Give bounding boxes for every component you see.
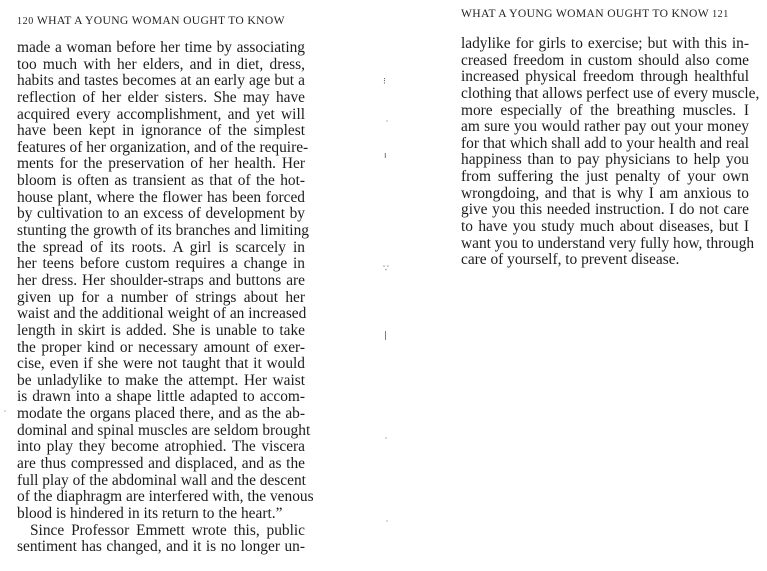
text-line: to have you study much about diseases, b… [461, 219, 749, 236]
running-head-title-right: WHAT A YOUNG WOMAN OUGHT TO KNOW [461, 7, 709, 20]
text-line: of the diaphragm are interfered with, th… [17, 489, 305, 506]
text-line: are thus compressed and displaced, and a… [17, 456, 305, 473]
gutter-mark: ı [384, 152, 387, 161]
running-head-left: 120 WHAT A YOUNG WOMAN OUGHT TO KNOW [17, 14, 285, 27]
text-line: for that which shall add to your health … [461, 136, 749, 153]
gutter-mark: ∵ [383, 265, 389, 274]
paper-speck [4, 410, 6, 412]
text-line: ladylike for girls to exercise; but with… [461, 36, 749, 53]
text-line: clothing that allows perfect use of ever… [461, 86, 749, 103]
text-line: blood is hindered in its return to the h… [17, 506, 305, 523]
text-line: cise, even if she were not taught that i… [17, 356, 305, 373]
running-head-title-left: WHAT A YOUNG WOMAN OUGHT TO KNOW [37, 14, 285, 27]
gutter-mark: ⁝ [383, 78, 386, 87]
text-line: be unladylike to make the attempt. Her w… [17, 373, 305, 390]
text-line: want you to understand very fully how, t… [461, 236, 749, 253]
right-page-body-text: ladylike for girls to exercise; but with… [461, 36, 749, 269]
text-line: reflection of her elder sisters. She may… [17, 90, 305, 107]
text-line: her teens before custom requires a chang… [17, 256, 305, 273]
text-line: habits and tastes becomes at an early ag… [17, 73, 305, 90]
text-line: given up for a number of strings about h… [17, 290, 305, 307]
text-line: full play of the abdominal wall and the … [17, 473, 305, 490]
text-line: house plant, where the flower has been f… [17, 190, 305, 207]
text-line: from suffering the just penalty of your … [461, 169, 749, 186]
page-number-left: 120 [17, 16, 34, 27]
text-line: Since Professor Emmett wrote this, publi… [17, 523, 305, 540]
paper-speck [386, 120, 388, 122]
text-line: bloom is often as transient as that of t… [17, 173, 305, 190]
text-line: waist and the additional weight of an in… [17, 306, 305, 323]
paper-speck [385, 437, 387, 439]
text-line: increased physical freedom through healt… [461, 69, 749, 86]
text-line: acquired every accomplishment, and yet w… [17, 107, 305, 124]
paper-speck [386, 520, 388, 522]
left-page-body-text: made a woman before her time by associat… [17, 40, 305, 556]
text-line: made a woman before her time by associat… [17, 40, 305, 57]
text-line: the spread of its roots. A girl is scarc… [17, 240, 305, 257]
text-line: care of yourself, to prevent disease. [461, 252, 749, 269]
text-line: the proper kind or necessary amount of e… [17, 340, 305, 357]
page-number-right: 121 [712, 9, 729, 20]
text-line: more especially of the breathing muscles… [461, 103, 749, 120]
left-page: 120 WHAT A YOUNG WOMAN OUGHT TO KNOW mad… [0, 0, 383, 571]
text-line: is drawn into a shape little adapted to … [17, 389, 305, 406]
text-line: length in skirt is added. She is unable … [17, 323, 305, 340]
text-line: wrongdoing, and that is why I am anxious… [461, 186, 749, 203]
gutter-mark: | [384, 332, 387, 341]
text-line: happiness than to pay physicians to help… [461, 152, 749, 169]
right-page: WHAT A YOUNG WOMAN OUGHT TO KNOW 121 lad… [384, 0, 767, 571]
text-line: too much with her elders, and in diet, d… [17, 57, 305, 74]
text-line: into play they become atrophied. The vis… [17, 439, 305, 456]
text-line: dominal and spinal muscles are seldom br… [17, 423, 305, 440]
text-line: modate the organs placed there, and as t… [17, 406, 305, 423]
text-line: her dress. Her shoulder-straps and butto… [17, 273, 305, 290]
text-line: am sure you would rather pay out your mo… [461, 119, 749, 136]
text-line: creased freedom in custom should also co… [461, 53, 749, 70]
text-line: have been kept in ignorance of the simpl… [17, 123, 305, 140]
running-head-right: WHAT A YOUNG WOMAN OUGHT TO KNOW 121 [461, 7, 729, 20]
text-line: features of her organization, and of the… [17, 140, 305, 157]
text-line: ments for the preservation of her health… [17, 156, 305, 173]
text-line: stunting the growth of its branches and … [17, 223, 305, 240]
text-line: give you this needed instruction. I do n… [461, 202, 749, 219]
text-line: sentiment has changed, and it is no long… [17, 539, 305, 556]
text-line: by cultivation to an excess of developme… [17, 206, 305, 223]
